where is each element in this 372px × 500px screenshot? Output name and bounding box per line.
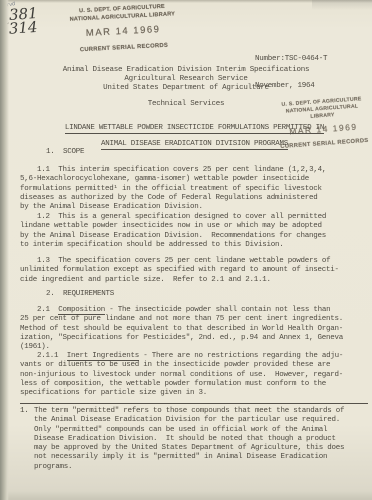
- scope-heading: 1. SCOPE: [46, 148, 84, 157]
- footnote-divider: [20, 403, 368, 404]
- stamp-records-line: CURRENT SERIAL RECORDS: [59, 42, 189, 55]
- org-line-division: Animal Disease Eradication Division Inte…: [0, 66, 372, 75]
- requirements-heading: 2. REQUIREMENTS: [46, 290, 114, 299]
- document-title-line2-text: ANIMAL DISEASE ERADICATION DIVISION PROG…: [101, 140, 288, 150]
- paragraph-2-1-1: 2.1.1 Inert Ingredients - There are no r…: [20, 352, 372, 398]
- paragraph-2-1: 2.1 Composition - The insecticide powder…: [20, 306, 372, 352]
- paragraph-2-1-number: 2.1: [20, 306, 58, 314]
- technical-services-line: Technical Services: [0, 100, 372, 109]
- org-line-service: Agricultural Research Service: [0, 75, 372, 84]
- stamp-date: MAR 14 1969: [58, 23, 188, 41]
- paragraph-2-1-1-number: 2.1.1: [20, 352, 67, 360]
- inert-ingredients-term: Inert Ingredients: [67, 352, 139, 361]
- footnote-text: The term "permitted" refers to those com…: [34, 407, 372, 472]
- footnote-number: 1.: [20, 407, 34, 472]
- org-line-department: United States Department of Agriculture: [0, 84, 372, 93]
- scan-edge-bottom: [0, 491, 372, 500]
- paragraph-1-2: 1.2 This is a general specification desi…: [20, 213, 372, 250]
- paragraph-1-1: 1.1 This interim specification covers 25…: [20, 166, 372, 212]
- scanned-document-page: ervd 381 (314 U. S. DEPT. OF AGRICULTURE…: [0, 0, 372, 500]
- scan-corner-smudge: [312, 0, 372, 10]
- footnote: 1. The term "permitted" refers to those …: [20, 407, 372, 472]
- library-stamp-top: U. S. DEPT. OF AGRICULTURE NATIONAL AGRI…: [57, 3, 189, 55]
- paragraph-1-3: 1.3 The specification covers 25 per cent…: [20, 257, 372, 285]
- scan-edge-left: [0, 0, 9, 500]
- composition-term: Composition: [58, 306, 105, 315]
- document-number: Number:TSC-0464-T: [255, 55, 327, 64]
